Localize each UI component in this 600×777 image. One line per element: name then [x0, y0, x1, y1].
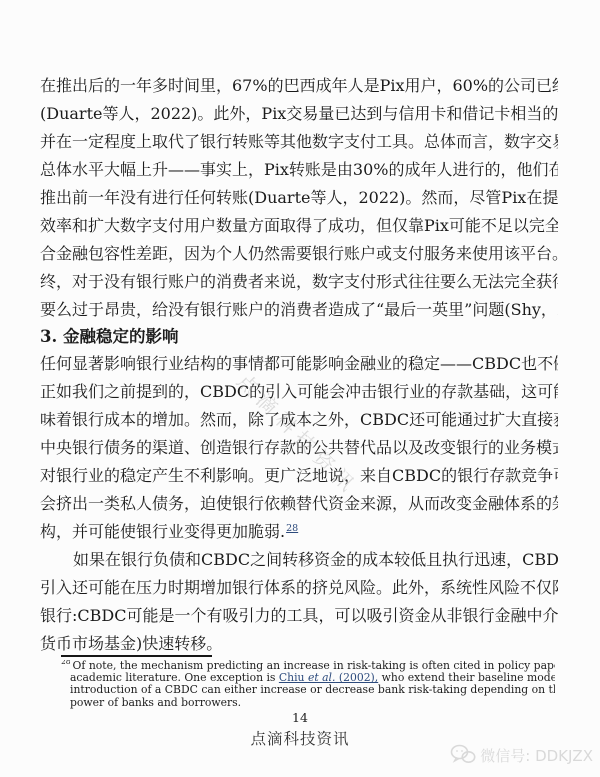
- text-line: 总体水平大幅上升——事实上，Pix转账是由30%的成年人进行的，他们在Pix: [40, 156, 558, 184]
- wechat-icon: [450, 744, 476, 766]
- footnote-line: power of banks and borrowers.: [61, 697, 555, 709]
- document-page: 在推出后的一年多时间里，67%的巴西成年人是Pix用户，60%的公司已经注册 (…: [0, 0, 600, 777]
- text-line: 正如我们之前提到的，CBDC的引入可能会冲击银行业的存款基础，这可能意: [40, 378, 558, 406]
- wechat-watermark: 微信号: DDKJZX: [450, 744, 593, 766]
- text-segment: Chiu: [279, 672, 308, 684]
- text-line: 会挤出一类私人债务，迫使银行依赖替代资金来源，从而改变金融体系的架: [40, 490, 558, 518]
- text-line: 如果在银行负债和CBDC之间转移资金的成本较低且执行迅速，CBDC的: [40, 546, 558, 574]
- footnote-marker: 28: [61, 660, 71, 666]
- paragraph-1: 在推出后的一年多时间里，67%的巴西成年人是Pix用户，60%的公司已经注册 (…: [40, 72, 558, 324]
- footnote-line: introduction of a CBDC can either increa…: [61, 684, 555, 696]
- text-line: 在推出后的一年多时间里，67%的巴西成年人是Pix用户，60%的公司已经注册: [40, 72, 558, 100]
- text-line: 任何显著影响银行业结构的事情都可能影响金融业的稳定——CBDC也不例外。: [40, 350, 558, 378]
- footnote-reference-link[interactable]: 28: [286, 523, 298, 534]
- text-line: 对银行业的稳定产生不利影响。更广泛地说，来自CBDC的银行存款竞争可能: [40, 462, 558, 490]
- text-line: 银行:CBDC可能是一个有吸引力的工具，可以吸引资金从非银行金融中介(如: [40, 602, 558, 630]
- text-line: 合金融包容性差距，因为个人仍然需要银行账户或支付服务来使用该平台。最: [40, 240, 558, 268]
- text-segment-italic: et al.: [308, 672, 335, 684]
- text-line: 中央银行债务的渠道、创造银行存款的公共替代品以及改变银行的业务模式，: [40, 434, 558, 462]
- text-line: 要么过于昂贵，给没有银行账户的消费者造成了“最后一英里”问题(Shy，2021)…: [40, 296, 558, 324]
- text-line: 构，并可能使银行业变得更加脆弱.28: [40, 518, 558, 546]
- text-segment: (2002),: [335, 672, 378, 684]
- wechat-id-label: 微信号: DDKJZX: [480, 745, 593, 766]
- text-line: 终，对于没有银行账户的消费者来说，数字支付形式往往要么无法完全获得，: [40, 268, 558, 296]
- section-heading: 3. 金融稳定的影响: [40, 324, 558, 350]
- text-segment: academic literature. One exception is: [70, 672, 279, 684]
- text-line: 味着银行成本的增加。然而，除了成本之外，CBDC还可能通过扩大直接获得: [40, 406, 558, 434]
- footnote-line: 28Of note, the mechanism predicting an i…: [61, 660, 555, 672]
- text-line: 效率和扩大数字支付用户数量方面取得了成功，但仅靠Pix可能不足以完全弥: [40, 212, 558, 240]
- text-line: 引入还可能在压力时期增加银行体系的挤兑风险。此外，系统性风险不仅限于: [40, 574, 558, 602]
- footnote: 28Of note, the mechanism predicting an i…: [61, 660, 555, 709]
- page-number: 14: [0, 710, 600, 725]
- text-line: (Duarte等人，2022)。此外，Pix交易量已达到与信用卡和借记卡相当的水…: [40, 100, 558, 128]
- text-line: 推出前一年没有进行任何转账(Duarte等人，2022)。然而，尽管Pix在提高…: [40, 184, 558, 212]
- paragraph-3: 如果在银行负债和CBDC之间转移资金的成本较低且执行迅速，CBDC的 引入还可能…: [40, 546, 558, 658]
- page-body-text: 在推出后的一年多时间里，67%的巴西成年人是Pix用户，60%的公司已经注册 (…: [40, 72, 558, 658]
- text-line: 并在一定程度上取代了银行转账等其他数字支付工具。总体而言，数字交易的: [40, 128, 558, 156]
- text-line: 货币市场基金)快速转移。: [40, 630, 558, 658]
- citation-link[interactable]: Chiu et al. (2002),: [279, 672, 378, 684]
- text-segment: 构，并可能使银行业变得更加脆弱.: [40, 522, 285, 541]
- text-segment: who extend their baseline model to show …: [378, 672, 555, 684]
- paragraph-2: 任何显著影响银行业结构的事情都可能影响金融业的稳定——CBDC也不例外。 正如我…: [40, 350, 558, 546]
- text-segment: Of note, the mechanism predicting an inc…: [73, 660, 555, 672]
- footnote-separator: [61, 655, 212, 657]
- footnote-line: academic literature. One exception is Ch…: [61, 672, 555, 684]
